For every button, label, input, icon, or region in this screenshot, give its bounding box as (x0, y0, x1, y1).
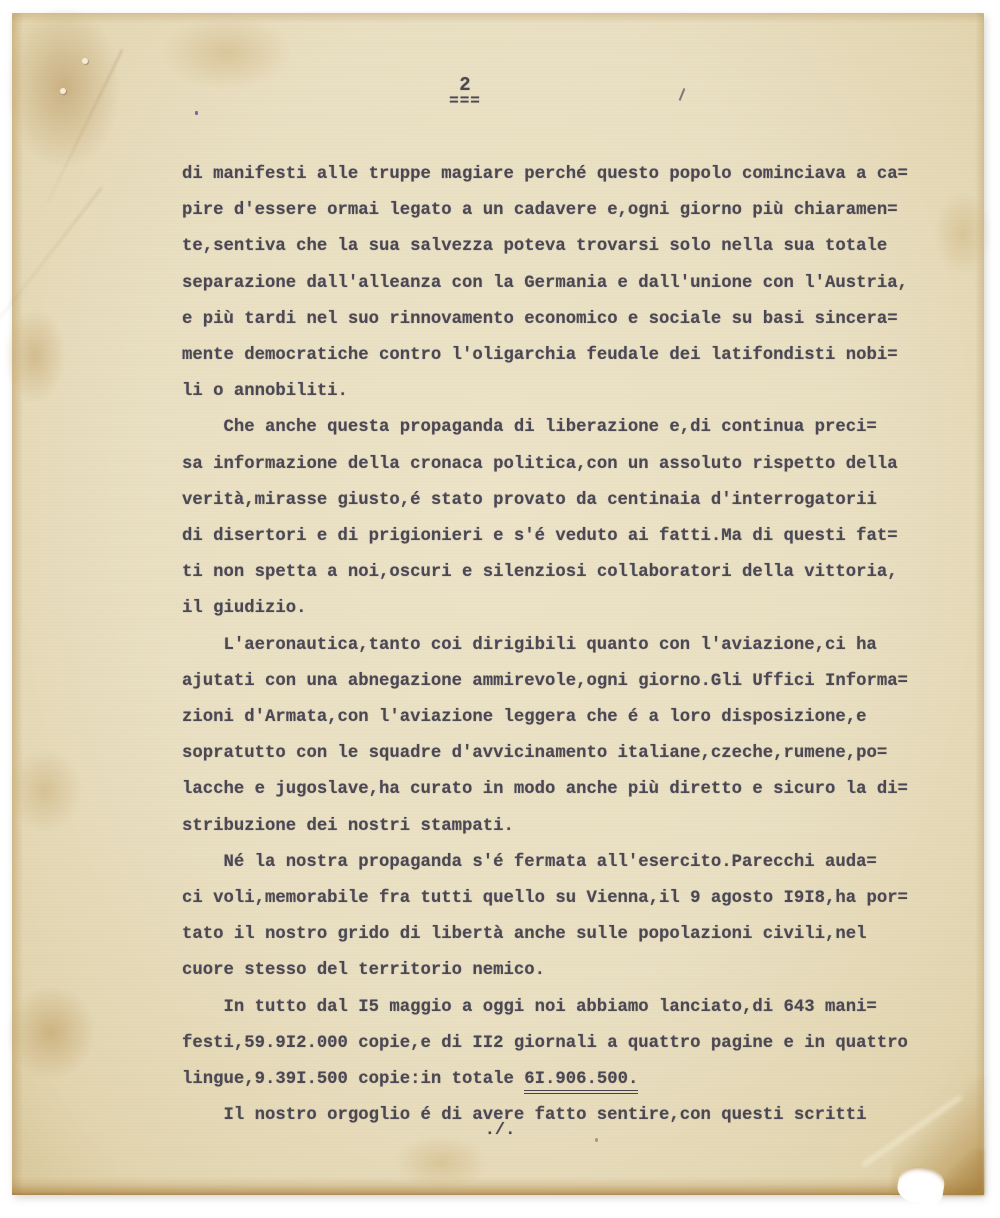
stain (6, 985, 96, 1080)
total-figure-underlined: 6I.906.500. (524, 1070, 638, 1094)
paper-sheet: 2 === di manifesti alle truppe magiare p… (12, 13, 984, 1195)
paper-crease (47, 49, 123, 203)
typed-text-block: di manifesti alle truppe magiare perché … (182, 157, 942, 1134)
typed-line: sa informazione della cronaca politica,c… (182, 447, 942, 483)
typed-line: di disertori e di prigionieri e s'é vedu… (182, 519, 942, 555)
typed-line: Il nostro orgoglio é di avere fatto sent… (182, 1098, 942, 1134)
stain (4, 308, 66, 403)
typed-line: ti non spetta a noi,oscuri e silenziosi … (182, 555, 942, 591)
typed-line: cuore stesso del territorio nemico. (182, 953, 942, 989)
torn-notch (895, 1164, 946, 1207)
typed-line: sopratutto con le squadre d'avvicinament… (182, 736, 942, 772)
typed-line: verità,mirasse giusto,é stato provato da… (182, 483, 942, 519)
typed-line: e più tardi nel suo rinnovamento economi… (182, 302, 942, 338)
total-line-prefix: lingue,9.39I.500 copie:in totale (182, 1070, 524, 1089)
paper-crease (0, 187, 103, 369)
typed-line: lacche e jugoslave,ha curato in modo anc… (182, 772, 942, 808)
continuation-mark: ./. (455, 1121, 545, 1140)
typed-line: Né la nostra propaganda s'é fermata all'… (182, 845, 942, 881)
typed-line: zioni d'Armata,con l'aviazione leggera c… (182, 700, 942, 736)
stain (8, 748, 82, 833)
stain (394, 1135, 489, 1190)
browned-corner (944, 1149, 984, 1195)
typed-line: separazione dall'alleanza con la Germani… (182, 266, 942, 302)
typed-line: te,sentiva che la sua salvezza poteva tr… (182, 229, 942, 265)
typed-line-total: lingue,9.39I.500 copie:in totale 6I.906.… (182, 1062, 942, 1098)
paper-edge-left (12, 13, 23, 1195)
typed-line: li o annobiliti. (182, 374, 942, 410)
typed-line: mente democratiche contro l'oligarchia f… (182, 338, 942, 374)
ink-speck (195, 111, 198, 115)
typed-line: In tutto dal I5 maggio a oggi noi abbiam… (182, 990, 942, 1026)
ink-speck (595, 1138, 598, 1142)
page-header: 2 === (12, 74, 918, 110)
typed-line: ci voli,memorabile fra tutti quello su V… (182, 881, 942, 917)
typed-line: ajutati con una abnegazione ammirevole,o… (182, 664, 942, 700)
typed-line: pire d'essere ormai legato a un cadavere… (182, 193, 942, 229)
typed-line: Che anche questa propaganda di liberazio… (182, 410, 942, 446)
page-number-underline: === (12, 92, 918, 110)
typed-line: festi,59.9I2.000 copie,e di II2 giornali… (182, 1026, 942, 1062)
paper-edge-right (975, 13, 984, 1195)
typed-line: stribuzione dei nostri stampati. (182, 809, 942, 845)
typed-line: il giudizio. (182, 591, 942, 627)
stain (934, 191, 992, 276)
typed-line: tato il nostro grido di libertà anche su… (182, 917, 942, 953)
paper-edge-bottom (12, 1177, 984, 1195)
typed-line: di manifesti alle truppe magiare perché … (182, 157, 942, 193)
paper-edge-top (12, 13, 984, 23)
typed-line: L'aeronautica,tanto coi dirigibili quant… (182, 628, 942, 664)
crease-dimple (82, 58, 88, 64)
